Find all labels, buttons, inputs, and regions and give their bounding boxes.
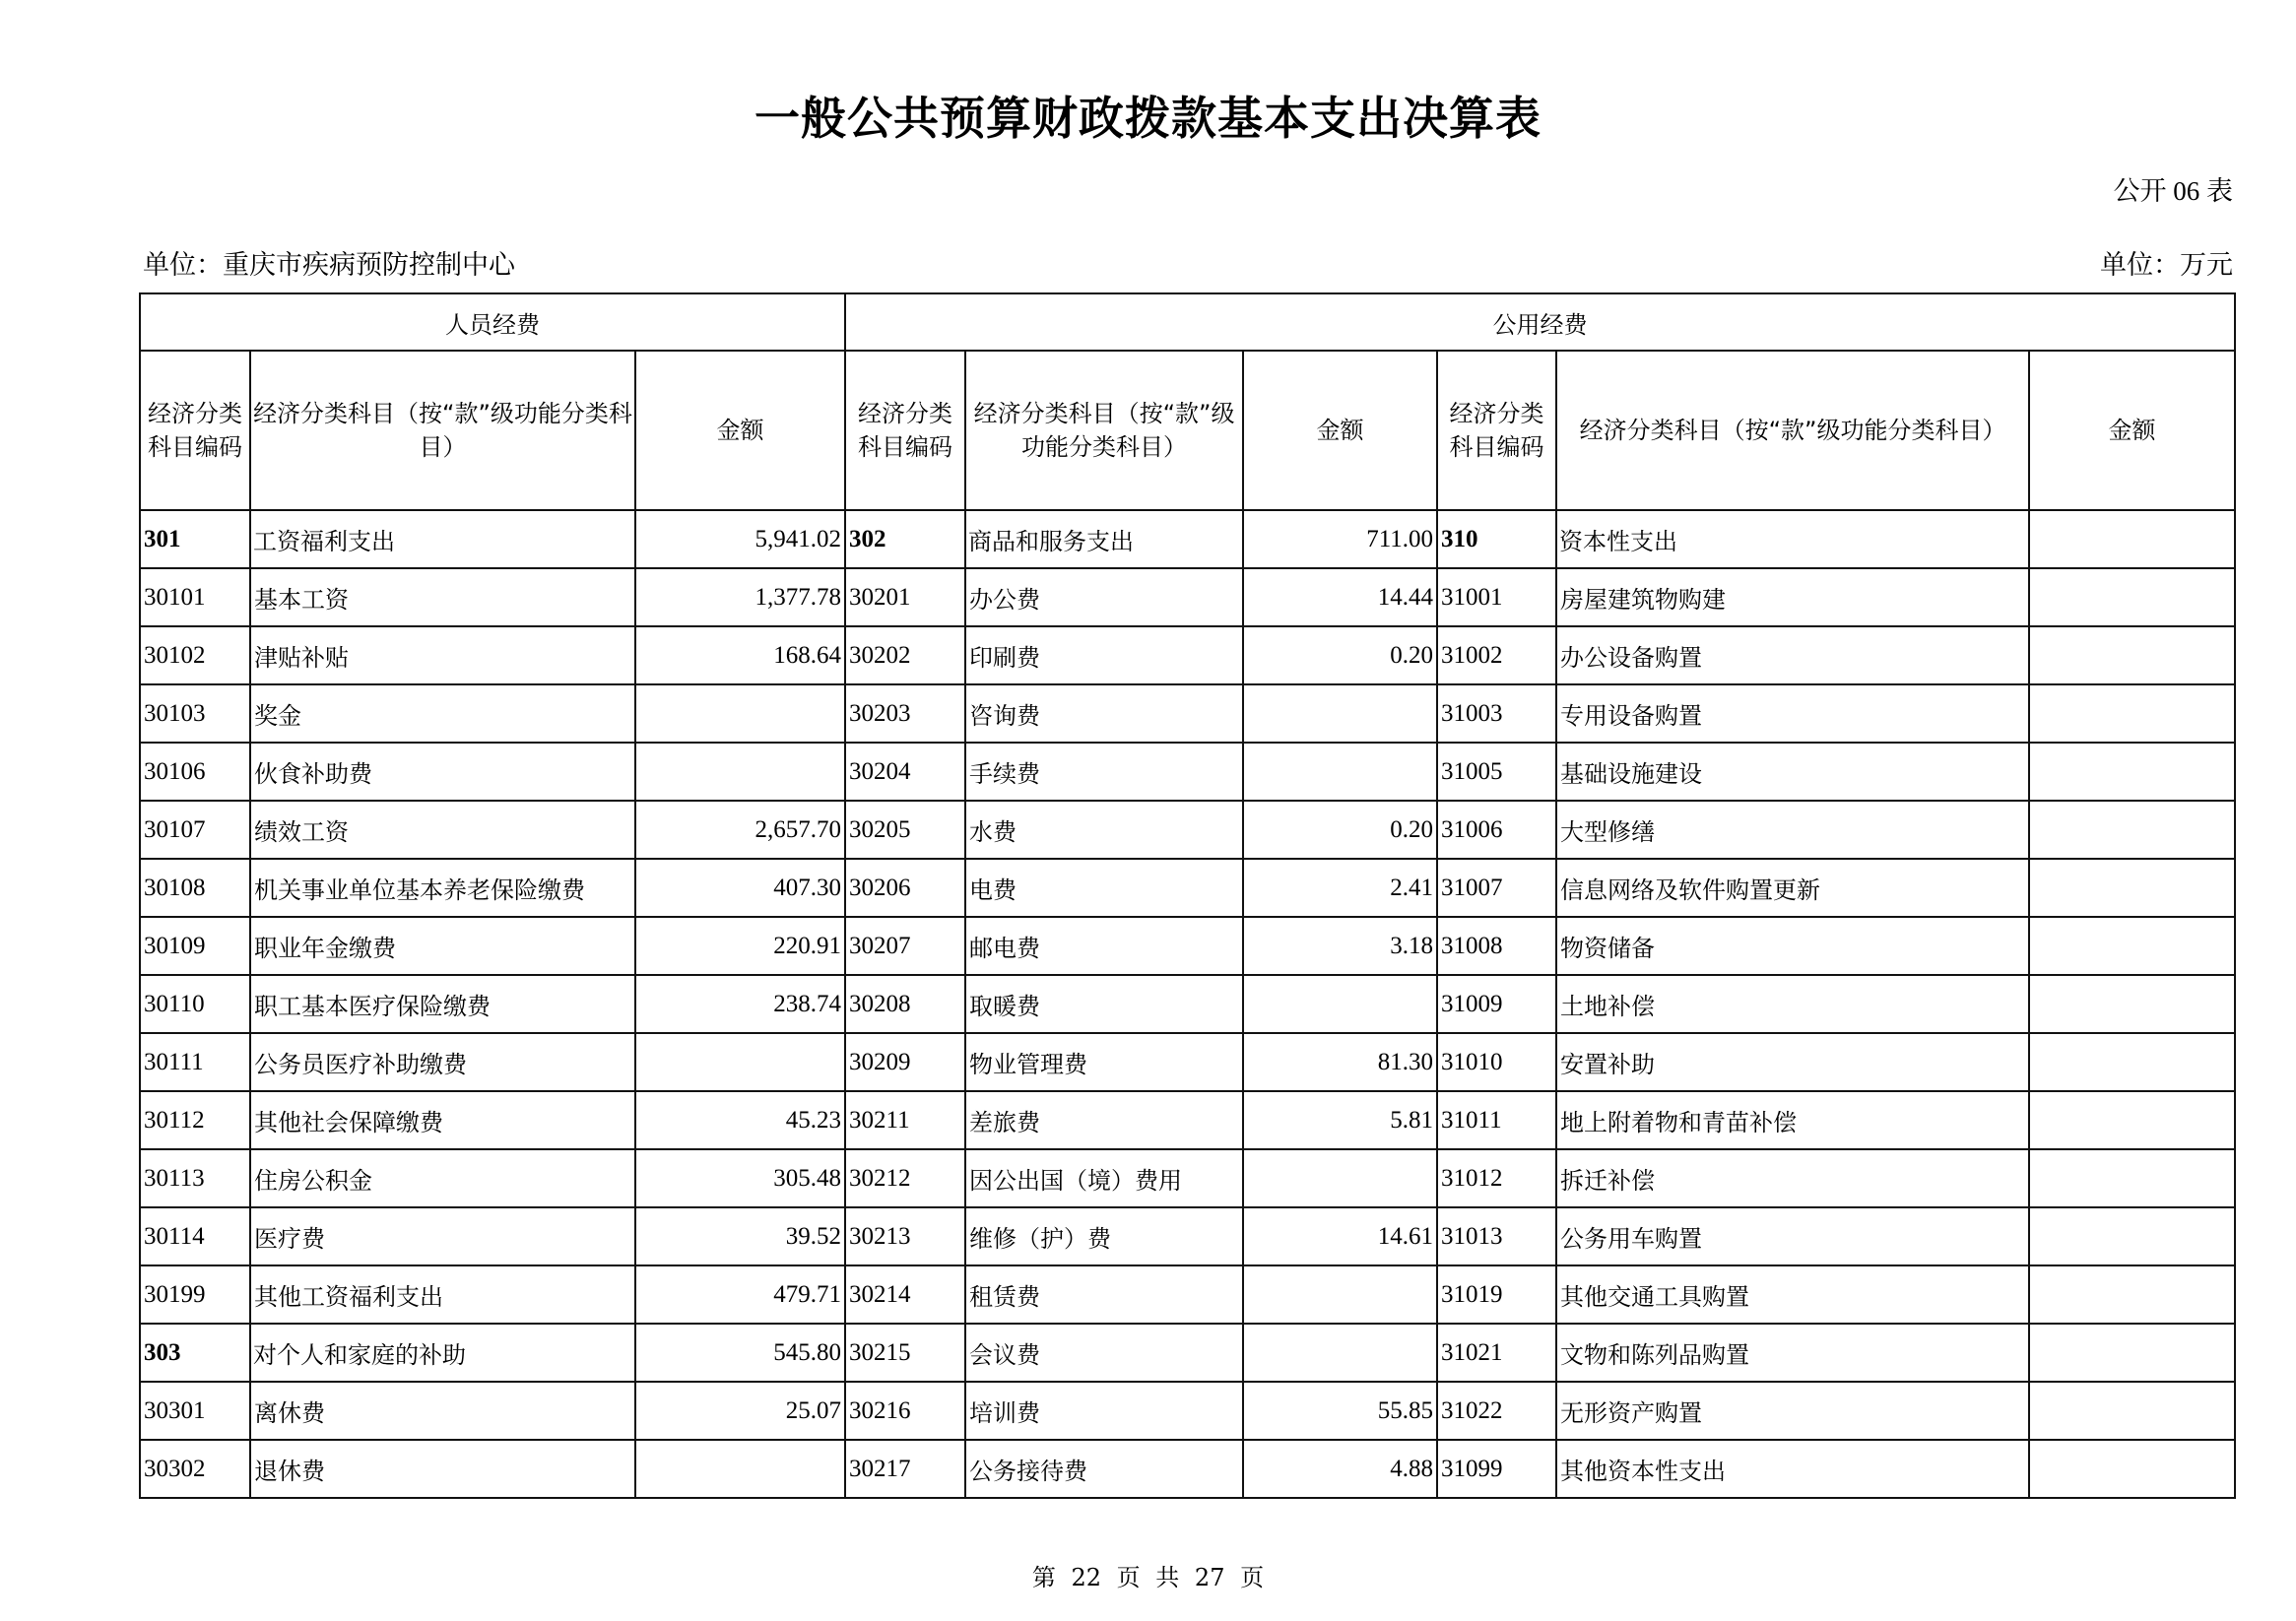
goods-services-name-cell: 物业管理费 [965,1033,1243,1091]
personnel-amount-cell [635,684,845,743]
goods-services-code-cell: 30207 [845,917,965,975]
capital-amount-cell [2029,1382,2235,1440]
personnel-name-cell: 公务员医疗补助缴费 [250,1033,635,1091]
personnel-name-cell: 基本工资 [250,568,635,626]
personnel-name-cell: 伙食补助费 [250,743,635,801]
personnel-name-cell: 津贴补贴 [250,626,635,684]
personnel-code-cell: 30113 [140,1149,250,1207]
goods-services-name-cell: 维修（护）费 [965,1207,1243,1265]
table-row: 30103奖金30203咨询费31003专用设备购置 [140,684,2235,743]
table-row: 30113住房公积金305.4830212因公出国（境）费用31012拆迁补偿 [140,1149,2235,1207]
table-row: 30106伙食补助费30204手续费31005基础设施建设 [140,743,2235,801]
personnel-name-cell: 职工基本医疗保险缴费 [250,975,635,1033]
capital-amount-cell [2029,801,2235,859]
capital-name-cell: 物资储备 [1556,917,2029,975]
capital-amount-cell [2029,626,2235,684]
personnel-name-cell: 其他工资福利支出 [250,1265,635,1324]
capital-name-cell: 大型修缮 [1556,801,2029,859]
capital-code-cell: 31002 [1437,626,1556,684]
capital-amount-cell [2029,1149,2235,1207]
personnel-code-cell: 30112 [140,1091,250,1149]
personnel-code-cell: 30107 [140,801,250,859]
personnel-name-cell: 奖金 [250,684,635,743]
personnel-amount-cell: 479.71 [635,1265,845,1324]
col-header-code: 经济分类科目编码 [1437,351,1556,510]
capital-code-cell: 31007 [1437,859,1556,917]
capital-name-cell: 办公设备购置 [1556,626,2029,684]
goods-services-code-cell: 30215 [845,1324,965,1382]
goods-services-name-cell: 培训费 [965,1382,1243,1440]
personnel-amount-cell: 407.30 [635,859,845,917]
capital-amount-cell [2029,1207,2235,1265]
capital-name-cell: 拆迁补偿 [1556,1149,2029,1207]
capital-amount-cell [2029,1265,2235,1324]
goods-services-amount-cell [1243,1324,1437,1382]
table-row: 30114医疗费39.5230213维修（护）费14.6131013公务用车购置 [140,1207,2235,1265]
col-header-name: 经济分类科目（按“款”级功能分类科目） [965,351,1243,510]
capital-code-cell: 31008 [1437,917,1556,975]
capital-code-cell: 31013 [1437,1207,1556,1265]
goods-services-name-cell: 公务接待费 [965,1440,1243,1498]
capital-amount-cell [2029,975,2235,1033]
personnel-name-cell: 住房公积金 [250,1149,635,1207]
personnel-name-cell: 职业年金缴费 [250,917,635,975]
capital-name-cell: 信息网络及软件购置更新 [1556,859,2029,917]
capital-amount-cell [2029,1033,2235,1091]
goods-services-code-cell: 30214 [845,1265,965,1324]
personnel-name-cell: 对个人和家庭的补助 [250,1324,635,1382]
capital-code-cell: 31009 [1437,975,1556,1033]
capital-code-cell: 31005 [1437,743,1556,801]
goods-services-amount-cell [1243,743,1437,801]
form-number: 公开 06 表 [2114,173,2234,209]
personnel-amount-cell [635,743,845,801]
goods-services-amount-cell: 3.18 [1243,917,1437,975]
goods-services-name-cell: 印刷费 [965,626,1243,684]
capital-code-cell: 31001 [1437,568,1556,626]
capital-name-cell: 安置补助 [1556,1033,2029,1091]
goods-services-code-cell: 30203 [845,684,965,743]
table-row: 30102津贴补贴168.6430202印刷费0.2031002办公设备购置 [140,626,2235,684]
goods-services-code-cell: 30212 [845,1149,965,1207]
capital-name-cell: 房屋建筑物购建 [1556,568,2029,626]
column-header-row: 经济分类科目编码 经济分类科目（按“款”级功能分类科目） 金额 经济分类科目编码… [140,351,2235,510]
goods-services-name-cell: 租赁费 [965,1265,1243,1324]
col-header-code: 经济分类科目编码 [845,351,965,510]
col-header-amount: 金额 [635,351,845,510]
goods-services-amount-cell [1243,1265,1437,1324]
capital-name-cell: 其他交通工具购置 [1556,1265,2029,1324]
personnel-amount-cell: 1,377.78 [635,568,845,626]
goods-services-amount-cell: 81.30 [1243,1033,1437,1091]
goods-services-code-cell: 30205 [845,801,965,859]
personnel-code-cell: 30108 [140,859,250,917]
capital-amount-cell [2029,1440,2235,1498]
capital-amount-cell [2029,568,2235,626]
personnel-amount-cell: 220.91 [635,917,845,975]
table-row: 30302退休费30217公务接待费4.8831099其他资本性支出 [140,1440,2235,1498]
capital-amount-cell [2029,510,2235,568]
table-row: 30107绩效工资2,657.7030205水费0.2031006大型修缮 [140,801,2235,859]
public-expense-header: 公用经费 [845,293,2235,351]
capital-code-cell: 310 [1437,510,1556,568]
capital-name-cell: 基础设施建设 [1556,743,2029,801]
capital-amount-cell [2029,684,2235,743]
col-header-name: 经济分类科目（按“款”级功能分类科目） [250,351,635,510]
personnel-amount-cell [635,1440,845,1498]
table-row: 30108机关事业单位基本养老保险缴费407.3030206电费2.413100… [140,859,2235,917]
goods-services-amount-cell: 14.44 [1243,568,1437,626]
capital-code-cell: 31012 [1437,1149,1556,1207]
goods-services-amount-cell [1243,1149,1437,1207]
page-title: 一般公共预算财政拨款基本支出决算表 [0,91,2296,146]
goods-services-amount-cell: 711.00 [1243,510,1437,568]
expenditure-table: 人员经费 公用经费 经济分类科目编码 经济分类科目（按“款”级功能分类科目） 金… [139,292,2236,1499]
capital-name-cell: 其他资本性支出 [1556,1440,2029,1498]
personnel-code-cell: 30111 [140,1033,250,1091]
personnel-name-cell: 工资福利支出 [250,510,635,568]
table-row: 30111公务员医疗补助缴费30209物业管理费81.3031010安置补助 [140,1033,2235,1091]
table-row: 30109职业年金缴费220.9130207邮电费3.1831008物资储备 [140,917,2235,975]
personnel-code-cell: 303 [140,1324,250,1382]
goods-services-code-cell: 302 [845,510,965,568]
personnel-code-cell: 30199 [140,1265,250,1324]
capital-amount-cell [2029,1091,2235,1149]
capital-name-cell: 无形资产购置 [1556,1382,2029,1440]
capital-name-cell: 专用设备购置 [1556,684,2029,743]
currency-unit: 单位：万元 [2100,247,2233,283]
capital-amount-cell [2029,917,2235,975]
goods-services-code-cell: 30206 [845,859,965,917]
goods-services-name-cell: 水费 [965,801,1243,859]
table-row: 30199其他工资福利支出479.7130214租赁费31019其他交通工具购置 [140,1265,2235,1324]
page-number: 第 22 页 共 27 页 [0,1558,2296,1592]
goods-services-code-cell: 30202 [845,626,965,684]
goods-services-amount-cell: 2.41 [1243,859,1437,917]
goods-services-name-cell: 差旅费 [965,1091,1243,1149]
goods-services-code-cell: 30204 [845,743,965,801]
goods-services-name-cell: 邮电费 [965,917,1243,975]
col-header-code: 经济分类科目编码 [140,351,250,510]
capital-name-cell: 文物和陈列品购置 [1556,1324,2029,1382]
goods-services-code-cell: 30213 [845,1207,965,1265]
personnel-name-cell: 其他社会保障缴费 [250,1091,635,1149]
table-row: 30301离休费25.0730216培训费55.8531022无形资产购置 [140,1382,2235,1440]
goods-services-amount-cell [1243,684,1437,743]
personnel-code-cell: 30110 [140,975,250,1033]
personnel-expense-header: 人员经费 [140,293,845,351]
personnel-amount-cell: 305.48 [635,1149,845,1207]
goods-services-code-cell: 30201 [845,568,965,626]
table-row: 301工资福利支出5,941.02302商品和服务支出711.00310资本性支… [140,510,2235,568]
capital-amount-cell [2029,1324,2235,1382]
personnel-name-cell: 医疗费 [250,1207,635,1265]
personnel-amount-cell [635,1033,845,1091]
personnel-name-cell: 离休费 [250,1382,635,1440]
capital-amount-cell [2029,743,2235,801]
personnel-code-cell: 30109 [140,917,250,975]
goods-services-name-cell: 咨询费 [965,684,1243,743]
personnel-amount-cell: 238.74 [635,975,845,1033]
capital-code-cell: 31010 [1437,1033,1556,1091]
goods-services-code-cell: 30211 [845,1091,965,1149]
capital-name-cell: 土地补偿 [1556,975,2029,1033]
capital-code-cell: 31011 [1437,1091,1556,1149]
personnel-name-cell: 绩效工资 [250,801,635,859]
personnel-code-cell: 30103 [140,684,250,743]
personnel-amount-cell: 39.52 [635,1207,845,1265]
goods-services-name-cell: 办公费 [965,568,1243,626]
goods-services-amount-cell: 14.61 [1243,1207,1437,1265]
goods-services-code-cell: 30209 [845,1033,965,1091]
goods-services-amount-cell: 0.20 [1243,801,1437,859]
goods-services-name-cell: 会议费 [965,1324,1243,1382]
table-row: 30101基本工资1,377.7830201办公费14.4431001房屋建筑物… [140,568,2235,626]
capital-code-cell: 31099 [1437,1440,1556,1498]
capital-name-cell: 公务用车购置 [1556,1207,2029,1265]
goods-services-amount-cell [1243,975,1437,1033]
col-header-amount: 金额 [2029,351,2235,510]
capital-code-cell: 31003 [1437,684,1556,743]
personnel-code-cell: 30102 [140,626,250,684]
col-header-name: 经济分类科目（按“款”级功能分类科目） [1556,351,2029,510]
goods-services-name-cell: 取暖费 [965,975,1243,1033]
goods-services-name-cell: 因公出国（境）费用 [965,1149,1243,1207]
goods-services-amount-cell: 5.81 [1243,1091,1437,1149]
goods-services-name-cell: 电费 [965,859,1243,917]
capital-code-cell: 31006 [1437,801,1556,859]
capital-name-cell: 资本性支出 [1556,510,2029,568]
goods-services-name-cell: 手续费 [965,743,1243,801]
personnel-amount-cell: 168.64 [635,626,845,684]
personnel-amount-cell: 45.23 [635,1091,845,1149]
goods-services-name-cell: 商品和服务支出 [965,510,1243,568]
capital-code-cell: 31021 [1437,1324,1556,1382]
personnel-code-cell: 30114 [140,1207,250,1265]
goods-services-amount-cell: 0.20 [1243,626,1437,684]
personnel-amount-cell: 545.80 [635,1324,845,1382]
personnel-amount-cell: 5,941.02 [635,510,845,568]
personnel-code-cell: 30301 [140,1382,250,1440]
personnel-code-cell: 30106 [140,743,250,801]
personnel-name-cell: 机关事业单位基本养老保险缴费 [250,859,635,917]
table-row: 303对个人和家庭的补助545.8030215会议费31021文物和陈列品购置 [140,1324,2235,1382]
personnel-code-cell: 30101 [140,568,250,626]
table-row: 30112其他社会保障缴费45.2330211差旅费5.8131011地上附着物… [140,1091,2235,1149]
goods-services-code-cell: 30208 [845,975,965,1033]
capital-name-cell: 地上附着物和青苗补偿 [1556,1091,2029,1149]
reporting-unit: 单位：重庆市疾病预防控制中心 [143,247,515,283]
capital-code-cell: 31019 [1437,1265,1556,1324]
goods-services-code-cell: 30217 [845,1440,965,1498]
personnel-name-cell: 退休费 [250,1440,635,1498]
table-row: 30110职工基本医疗保险缴费238.7430208取暖费31009土地补偿 [140,975,2235,1033]
capital-code-cell: 31022 [1437,1382,1556,1440]
goods-services-amount-cell: 4.88 [1243,1440,1437,1498]
personnel-code-cell: 30302 [140,1440,250,1498]
col-header-amount: 金额 [1243,351,1437,510]
goods-services-code-cell: 30216 [845,1382,965,1440]
goods-services-amount-cell: 55.85 [1243,1382,1437,1440]
personnel-amount-cell: 2,657.70 [635,801,845,859]
capital-amount-cell [2029,859,2235,917]
group-header-row: 人员经费 公用经费 [140,293,2235,351]
personnel-code-cell: 301 [140,510,250,568]
personnel-amount-cell: 25.07 [635,1382,845,1440]
